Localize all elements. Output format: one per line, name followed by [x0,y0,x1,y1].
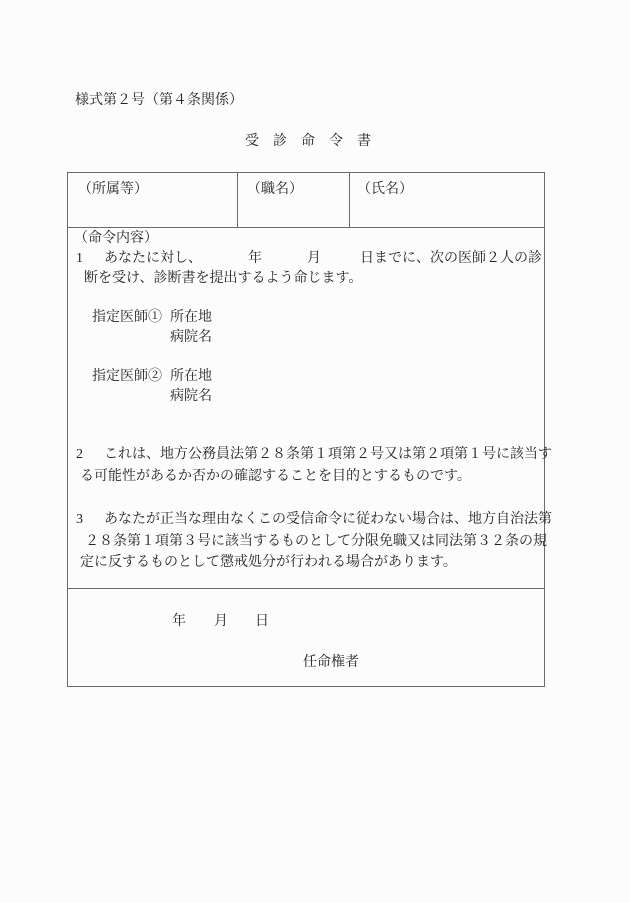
order-content-section-label: （命令内容） [74,231,158,247]
item1-month-label: 月 [307,251,321,267]
position-cell: （職名） [238,173,350,227]
recipient-header-row: （所属等） （職名） （氏名） [68,173,544,228]
signature-month-label: 月 [214,610,228,630]
order-item2-line2: る可能性があるか否かの確認することを目的とするものです。 [80,469,471,485]
affiliation-cell: （所属等） [68,173,238,227]
doctor1-label: 指定医師① [92,310,162,325]
order-form-table: （所属等） （職名） （氏名） （命令内容） 1 あなたに対し、 年 月 日まで… [67,172,545,687]
form-number-label: 様式第２号（第４条関係） [75,93,243,109]
name-label: （氏名） [357,182,413,197]
item1-intro-text: あなたに対し、 [104,251,202,267]
document-page: 様式第２号（第４条関係） 受診命令書 （所属等） （職名） （氏名） （命令内容… [0,0,630,903]
affiliation-label: （所属等） [78,182,148,197]
appointing-authority-label: 任命権者 [303,651,359,671]
designated-doctor2-row: 指定医師② 所在地 [92,369,532,385]
doctor1-location-label: 所在地 [170,310,212,326]
item3-line1-text: あなたが正当な理由なくこの受信命令に従わない場合は、地方自治法第 [104,512,552,528]
order-item3-line3: 定に反するものとして懲戒処分が行われる場合があります。 [80,555,457,571]
doctor2-label: 指定医師② [92,369,162,384]
signature-section: 年 月 日 任命権者 [68,588,544,686]
order-item1-line2: 断を受け、診断書を提出するよう命じます。 [84,271,362,287]
designated-doctor1-row: 指定医師① 所在地 [92,310,532,326]
item2-line1-text: これは、地方公務員法第２８条第１項第２号又は第２項第１号に該当す [104,447,552,463]
document-title: 受診命令書 [0,134,630,150]
item1-number: 1 [76,251,83,267]
doctor1-hospital-label: 病院名 [170,330,212,346]
signature-year-label: 年 [172,610,186,630]
position-label: （職名） [247,182,303,197]
signature-date-line: 年 月 日 [68,610,544,626]
item1-year-label: 年 [248,251,262,267]
doctor2-hospital-label: 病院名 [170,389,212,405]
item1-line1-rest: 日までに、次の医師２人の診 [360,251,542,267]
name-cell: （氏名） [350,173,544,227]
doctor2-location-label: 所在地 [170,369,212,385]
signature-day-label: 日 [255,610,269,630]
item2-number: 2 [76,447,83,463]
item3-number: 3 [76,512,83,528]
order-item3-line2: ２８条第１項第３号に該当するものとして分限免職又は同法第３２条の規 [85,534,547,550]
